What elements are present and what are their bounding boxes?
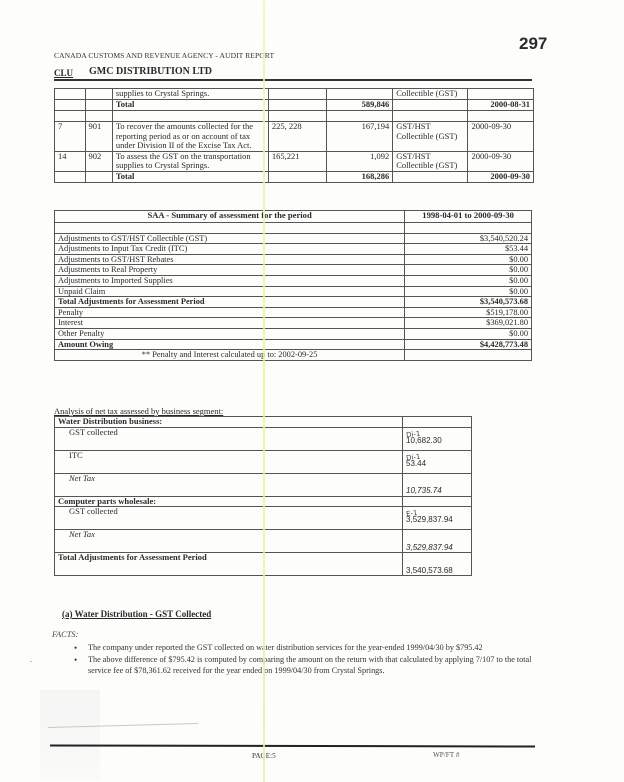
adjustment-date-cell: 2000-09-30 — [468, 122, 534, 152]
adjustment-adjustment-cell: 168,286 — [326, 171, 393, 182]
summary-label: Amount Owing — [55, 339, 405, 350]
summary-label: Adjustments to GST/HST Collectible (GST) — [55, 233, 405, 244]
computer-gst-label: GST collected — [55, 507, 403, 530]
clu-label: CLU — [54, 68, 73, 78]
summary-row: Unpaid Claim$0.00 — [55, 286, 532, 297]
summary-row: Adjustments to GST/HST Collectible (GST)… — [55, 233, 532, 244]
adjustment-description-cell: supplies to Crystal Springs. — [112, 89, 268, 100]
summary-label: Adjustments to Real Property — [55, 265, 405, 276]
summary-header-row: SAA - Summary of assessment for the peri… — [55, 211, 532, 223]
adjustment-total-row: Total589,8462000-08-31 — [55, 100, 534, 111]
water-itc-label: ITC — [55, 450, 403, 473]
adjustment-no-cell: 14 — [55, 151, 86, 171]
adjustment-account-cell — [393, 100, 468, 111]
summary-row: Amount Owing$4,428,773.48 — [55, 339, 532, 350]
adjustment-no-cell: 7 — [55, 122, 86, 152]
adjustment-code-cell: 902 — [85, 151, 112, 171]
water-heading-row: Water Distribution business: — [55, 417, 472, 428]
summary-row: Adjustments to Imported Supplies$0.00 — [55, 275, 532, 286]
summary-row: Penalty$519,178.00 — [55, 307, 532, 318]
summary-label: Adjustments to GST/HST Rebates — [55, 254, 405, 265]
summary-row: Other Penalty$0.00 — [55, 328, 532, 339]
business-segment-table: Water Distribution business: GST collect… — [54, 416, 472, 576]
summary-value: $0.00 — [405, 328, 532, 339]
summary-value: $519,178.00 — [405, 307, 532, 318]
adjustment-total-row: Total168,2862000-09-30 — [55, 171, 534, 182]
water-gst-row: GST collected Di-1 10,682.30 — [55, 427, 472, 450]
summary-note-row: ** Penalty and Interest calculated up to… — [55, 350, 532, 361]
adjustment-description-cell — [112, 111, 268, 122]
segment-total-value: 3,540,573.68 — [406, 566, 468, 576]
adjustment-account-cell: Collectible (GST) — [393, 89, 468, 100]
summary-value: $0.00 — [405, 254, 532, 265]
adjustment-amount-cell: 165,221 — [268, 151, 326, 171]
adjustment-description-cell: To assess the GST on the transportation … — [112, 151, 268, 171]
section-title: (a) Water Distribution - GST Collected — [62, 609, 211, 619]
footer-wp-label: WP/FT # — [433, 751, 459, 759]
computer-net-value: 3,529,837.94 — [406, 543, 468, 553]
adjustment-date-cell: 2000-09-30 — [468, 151, 534, 171]
summary-of-assessment-table: SAA - Summary of assessment for the peri… — [54, 210, 532, 361]
summary-value: $4,428,773.48 — [405, 339, 532, 350]
scan-artifact — [40, 690, 100, 780]
facts-bullet: The above difference of $795.42 is compu… — [74, 655, 544, 676]
company-header: CLU GMC DISTRIBUTION LTD — [54, 66, 532, 81]
summary-value: $3,540,573.68 — [405, 297, 532, 308]
summary-row: Adjustments to GST/HST Rebates$0.00 — [55, 254, 532, 265]
adjustment-row: 7901To recover the amounts collected for… — [55, 122, 534, 152]
water-itc-row: ITC Di-1 53.44 — [55, 450, 472, 473]
summary-row: Interest$369,021.80 — [55, 318, 532, 329]
scan-artifact-line — [48, 723, 198, 728]
summary-label: Other Penalty — [55, 328, 405, 339]
agency-header: CANADA CUSTOMS AND REVENUE AGENCY - AUDI… — [54, 51, 274, 60]
summary-label: Total Adjustments for Assessment Period — [55, 297, 405, 308]
adjustment-no-cell — [55, 111, 86, 122]
adjustment-amount-cell — [268, 111, 326, 122]
water-net-value: 10,735.74 — [406, 486, 468, 496]
summary-row: Adjustments to Real Property$0.00 — [55, 265, 532, 276]
footer-page-label: PAGE:5 — [252, 752, 276, 760]
summary-value: $0.00 — [405, 286, 532, 297]
adjustment-row — [55, 111, 534, 122]
adjustment-code-cell: 901 — [85, 122, 112, 152]
summary-title: SAA - Summary of assessment for the peri… — [55, 211, 405, 223]
water-gst-label: GST collected — [55, 427, 403, 450]
summary-row: Adjustments to Input Tax Credit (ITC)$53… — [55, 244, 532, 255]
adjustment-amount-cell — [268, 171, 326, 182]
summary-value: $369,021.80 — [405, 318, 532, 329]
adjustment-amount-cell: 225, 228 — [268, 122, 326, 152]
adjustment-code-cell — [85, 111, 112, 122]
adjustment-adjustment-cell — [326, 89, 393, 100]
adjustment-no-cell — [55, 171, 86, 182]
adjustment-account-cell — [393, 171, 468, 182]
summary-label: Unpaid Claim — [55, 286, 405, 297]
adjustment-date-cell — [468, 111, 534, 122]
segment-total-row: Total Adjustments for Assessment Period … — [55, 553, 472, 576]
adjustment-amount-cell — [268, 100, 326, 111]
summary-value: $53.44 — [405, 244, 532, 255]
computer-net-row: Net Tax 3,529,837.94 — [55, 530, 472, 553]
computer-heading-row: Computer parts wholesale: — [55, 496, 472, 507]
segment-total-label: Total Adjustments for Assessment Period — [55, 553, 403, 576]
computer-net-label: Net Tax — [55, 530, 403, 553]
adjustment-date-cell: 2000-09-30 — [468, 171, 534, 182]
computer-gst-row: GST collected E-1 3,529,837.94 — [55, 507, 472, 530]
summary-label: Adjustments to Input Tax Credit (ITC) — [55, 244, 405, 255]
adjustments-table: supplies to Crystal Springs.Collectible … — [54, 88, 534, 183]
summary-period: 1998-04-01 to 2000-09-30 — [405, 211, 532, 223]
adjustment-account-cell: GST/HST Collectible (GST) — [393, 151, 468, 171]
margin-mark: ∙ — [30, 657, 32, 666]
adjustment-no-cell — [55, 100, 86, 111]
summary-note: ** Penalty and Interest calculated up to… — [55, 350, 405, 361]
analysis-caption: Analysis of net tax assessed by business… — [54, 406, 223, 416]
facts-list: The company under reported the GST colle… — [74, 643, 544, 678]
adjustment-description-cell: Total — [112, 100, 268, 111]
adjustment-adjustment-cell: 589,846 — [326, 100, 393, 111]
adjustment-date-cell — [468, 89, 534, 100]
page-stamp-number: 297 — [519, 34, 547, 54]
summary-value: $0.00 — [405, 265, 532, 276]
facts-label: FACTS: — [52, 630, 78, 639]
adjustment-account-cell — [393, 111, 468, 122]
adjustment-adjustment-cell — [326, 111, 393, 122]
footer-rule — [50, 744, 535, 747]
adjustment-code-cell — [85, 171, 112, 182]
adjustment-adjustment-cell: 167,194 — [326, 122, 393, 152]
summary-label: Adjustments to Imported Supplies — [55, 275, 405, 286]
adjustment-date-cell: 2000-08-31 — [468, 100, 534, 111]
adjustment-row: supplies to Crystal Springs.Collectible … — [55, 89, 534, 100]
adjustment-description-cell: Total — [112, 171, 268, 182]
summary-row: Total Adjustments for Assessment Period$… — [55, 297, 532, 308]
adjustment-code-cell — [85, 89, 112, 100]
adjustment-row: 14902To assess the GST on the transporta… — [55, 151, 534, 171]
adjustment-account-cell: GST/HST Collectible (GST) — [393, 122, 468, 152]
company-name: GMC DISTRIBUTION LTD — [89, 66, 212, 77]
adjustment-code-cell — [85, 100, 112, 111]
adjustment-description-cell: To recover the amounts collected for the… — [112, 122, 268, 152]
adjustment-adjustment-cell: 1,092 — [326, 151, 393, 171]
computer-heading: Computer parts wholesale: — [55, 496, 403, 507]
adjustment-no-cell — [55, 89, 86, 100]
summary-label: Penalty — [55, 307, 405, 318]
summary-blank-row — [55, 223, 532, 234]
summary-label: Interest — [55, 318, 405, 329]
water-net-row: Net Tax 10,735.74 — [55, 473, 472, 496]
water-net-label: Net Tax — [55, 473, 403, 496]
adjustment-amount-cell — [268, 89, 326, 100]
water-heading: Water Distribution business: — [55, 417, 403, 428]
facts-bullet: The company under reported the GST colle… — [74, 643, 544, 653]
summary-value: $3,540,520.24 — [405, 233, 532, 244]
summary-value: $0.00 — [405, 275, 532, 286]
